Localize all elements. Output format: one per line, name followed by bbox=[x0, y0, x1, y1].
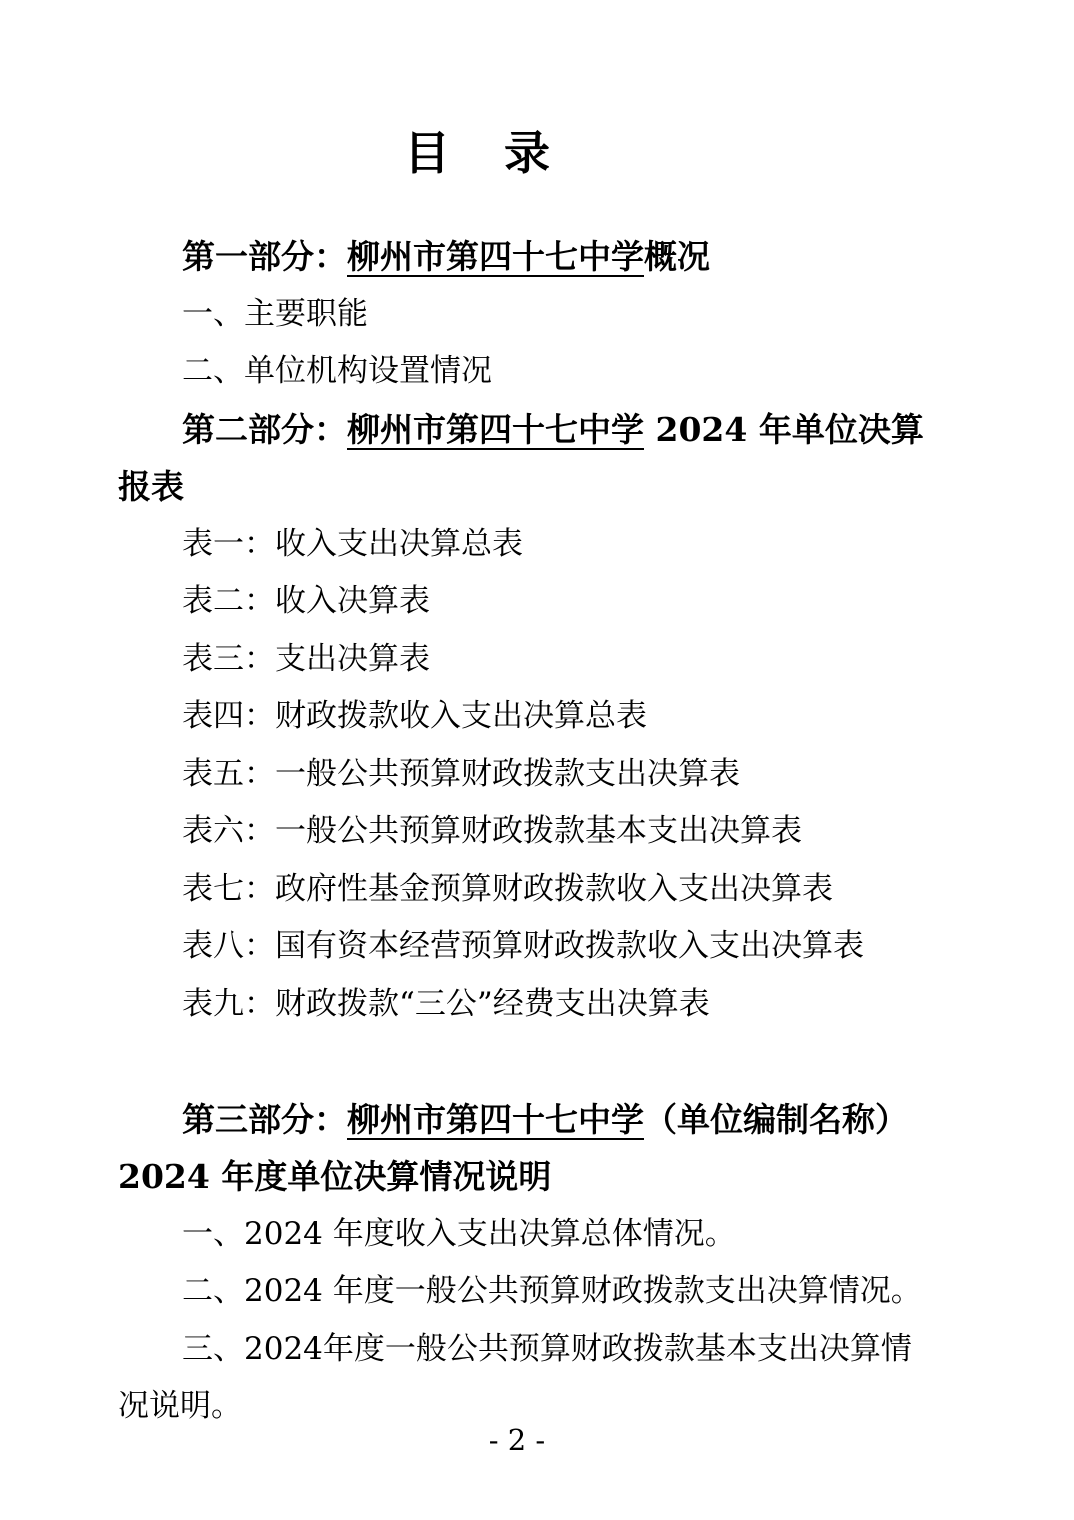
toc-part2-label: 第二部分： bbox=[182, 410, 347, 449]
toc-part2-heading: 第二部分：柳州市第四十七中学 2024 年单位决算报表 bbox=[118, 401, 940, 516]
blank-line bbox=[118, 1033, 940, 1091]
toc-part3-label: 第三部分： bbox=[182, 1100, 347, 1139]
page-title: 目 录 bbox=[404, 128, 1074, 178]
toc-entry: 一、主要职能 bbox=[118, 286, 940, 344]
toc-part1-heading: 第一部分：柳州市第四十七中学概况 bbox=[118, 228, 940, 286]
toc-entry: 一、2024 年度收入支出决算总体情况。 bbox=[118, 1206, 940, 1264]
toc-entry: 表四：财政拨款收入支出决算总表 bbox=[118, 688, 940, 746]
toc-entry: 表七：政府性基金预算财政拨款收入支出决算表 bbox=[118, 861, 940, 919]
toc-part3-heading: 第三部分：柳州市第四十七中学（单位编制名称）2024 年度单位决算情况说明 bbox=[118, 1091, 940, 1206]
toc-entry: 表九：财政拨款“三公”经费支出决算表 bbox=[118, 976, 940, 1034]
toc-entry: 表八：国有资本经营预算财政拨款收入支出决算表 bbox=[118, 918, 940, 976]
toc-entry: 二、单位机构设置情况 bbox=[118, 343, 940, 401]
page-number: - 2 - bbox=[0, 1424, 1034, 1456]
toc-entry: 表二：收入决算表 bbox=[118, 573, 940, 631]
toc-part1-suffix: 概况 bbox=[644, 237, 710, 276]
toc-entry: 三、2024年度一般公共预算财政拨款基本支出决算情况说明。 bbox=[118, 1321, 940, 1436]
toc-entry: 表五：一般公共预算财政拨款支出决算表 bbox=[118, 746, 940, 804]
document-page: 目 录 第一部分：柳州市第四十七中学概况 一、主要职能 二、单位机构设置情况 第… bbox=[0, 0, 1074, 1520]
toc-content: 第一部分：柳州市第四十七中学概况 一、主要职能 二、单位机构设置情况 第二部分：… bbox=[118, 228, 940, 1436]
toc-part2-school-name-underlined: 柳州市第四十七中学 bbox=[347, 410, 644, 449]
title-char-1: 目 bbox=[404, 128, 450, 178]
toc-entry: 表三：支出决算表 bbox=[118, 631, 940, 689]
toc-part1-label: 第一部分： bbox=[182, 237, 347, 276]
toc-part3-school-name-underlined: 柳州市第四十七中学 bbox=[347, 1100, 644, 1139]
toc-entry: 二、2024 年度一般公共预算财政拨款支出决算情况。 bbox=[118, 1263, 940, 1321]
title-char-2: 录 bbox=[504, 128, 550, 178]
toc-entry: 表六：一般公共预算财政拨款基本支出决算表 bbox=[118, 803, 940, 861]
toc-entry: 表一：收入支出决算总表 bbox=[118, 516, 940, 574]
toc-part1-school-name-underlined: 柳州市第四十七中学 bbox=[347, 237, 644, 276]
